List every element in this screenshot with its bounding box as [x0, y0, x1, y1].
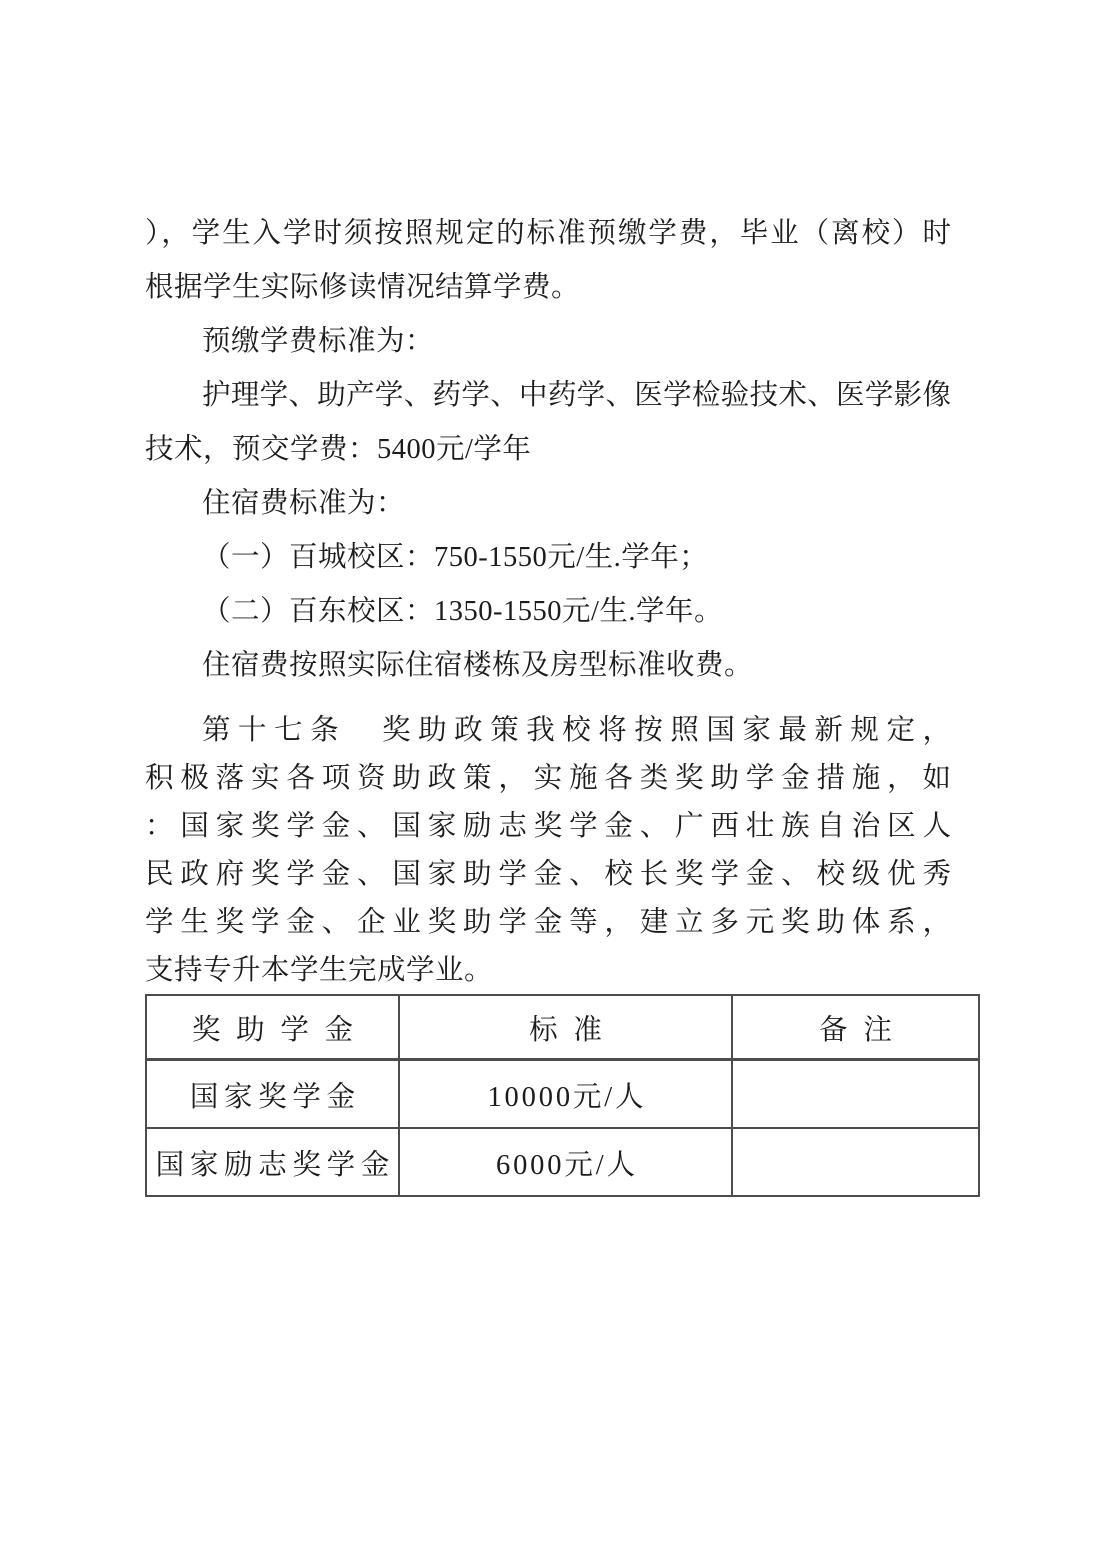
paragraph-line: 民政府奖学金、国家助学金、校长奖学金、校级优秀 [145, 851, 951, 899]
scholarship-standard-cell: 6000元/人 [399, 1128, 732, 1196]
table-header-scholarship: 奖助学金 [146, 995, 399, 1060]
paragraph-line: 技术，预交学费：5400元/学年 [145, 423, 951, 477]
paragraph-line: 根据学生实际修读情况结算学费。 [145, 261, 951, 315]
paragraph-line: 支持专升本学生完成学业。 [145, 947, 951, 995]
table-row: 国家励志奖学金 6000元/人 [146, 1128, 979, 1196]
scholarship-name-cell: 国家奖学金 [146, 1060, 399, 1129]
paragraph-line: （一）百城校区：750-1550元/生.学年； [145, 531, 951, 585]
paragraph-line: 预缴学费标准为： [145, 315, 951, 369]
paragraph-line: 住宿费按照实际住宿楼栋及房型标准收费。 [145, 639, 951, 693]
document-page: ），学生入学时须按照规定的标准预缴学费，毕业（离校）时 根据学生实际修读情况结算… [0, 0, 1098, 1549]
paragraph-line: 学生奖学金、企业奖助学金等，建立多元奖助体系， [145, 899, 951, 947]
table-header-standard: 标准 [399, 995, 732, 1060]
paragraph-line: 第十七条 奖助政策我校将按照国家最新规定， [145, 707, 951, 755]
paragraph-line: 护理学、助产学、药学、中药学、医学检验技术、医学影像 [145, 369, 951, 423]
paragraph-line: 住宿费标准为： [145, 477, 951, 531]
table-header-note: 备注 [732, 995, 979, 1060]
scholarship-table: 奖助学金 标准 备注 国家奖学金 10000元/人 国家励志奖学金 6000元/… [145, 994, 980, 1197]
paragraph-line: ），学生入学时须按照规定的标准预缴学费，毕业（离校）时 [145, 207, 951, 261]
scholarship-standard-cell: 10000元/人 [399, 1060, 732, 1129]
paragraph-line: ：国家奖学金、国家励志奖学金、广西壮族自治区人 [145, 803, 951, 851]
scholarship-note-cell [732, 1128, 979, 1196]
paragraph-line: （二）百东校区：1350-1550元/生.学年。 [145, 585, 951, 639]
scholarship-name-cell: 国家励志奖学金 [146, 1128, 399, 1196]
scholarship-note-cell [732, 1060, 979, 1129]
paragraph-line: 积极落实各项资助政策，实施各类奖助学金措施，如 [145, 755, 951, 803]
table-header-row: 奖助学金 标准 备注 [146, 995, 979, 1060]
table-row: 国家奖学金 10000元/人 [146, 1060, 979, 1129]
document-body: ），学生入学时须按照规定的标准预缴学费，毕业（离校）时 根据学生实际修读情况结算… [145, 207, 951, 995]
